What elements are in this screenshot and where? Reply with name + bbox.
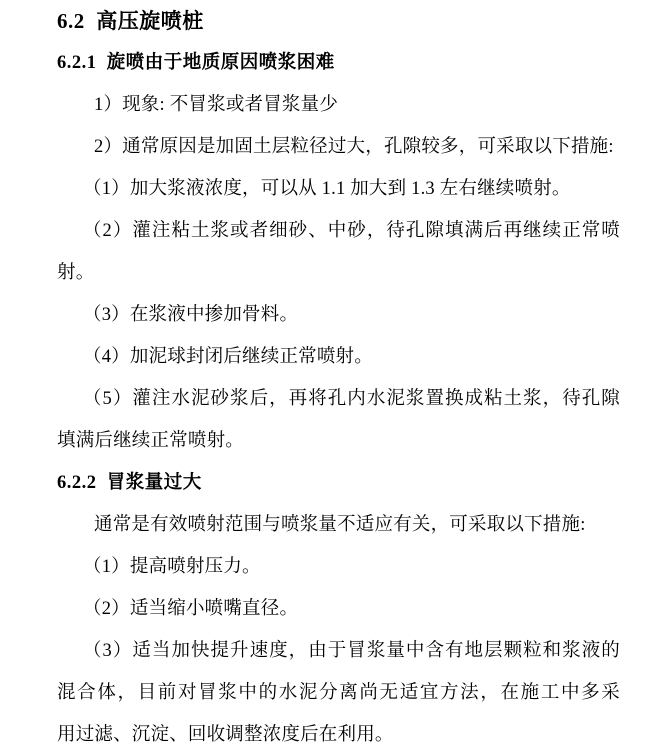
paragraph-overflow-measure-1: （1）提高喷射压力。 <box>57 546 620 588</box>
subsection-heading-6-2-1: 6.2.1 旋喷由于地质原因喷浆困难 <box>57 42 620 84</box>
document-page: 6.2 高压旋喷桩6.2.1 旋喷由于地质原因喷浆困难1）现象: 不冒浆或者冒浆… <box>0 0 672 756</box>
paragraph-line: 1）现象: 不冒浆或者冒浆量少 <box>57 84 620 126</box>
paragraph-overflow-measure-2: （2）适当缩小喷嘴直径。 <box>57 588 620 630</box>
paragraph-line: 混合体，目前对冒浆中的水泥分离尚无适宜方法，在施工中多采 <box>57 672 620 714</box>
paragraph-line: （2）灌注粘土浆或者细砂、中砂，待孔隙填满后再继续正常喷 <box>57 210 620 252</box>
paragraph-phenomenon: 1）现象: 不冒浆或者冒浆量少 <box>57 84 620 126</box>
paragraph-measure-5: （5）灌注水泥砂浆后，再将孔内水泥浆置换成粘土浆，待孔隙填满后继续正常喷射。 <box>57 378 620 462</box>
heading-line: 6.2.2 冒浆量过大 <box>57 462 620 504</box>
paragraph-overflow-measure-3: （3）适当加快提升速度，由于冒浆量中含有地层颗粒和浆液的混合体，目前对冒浆中的水… <box>57 630 620 756</box>
paragraph-measure-4: （4）加泥球封闭后继续正常喷射。 <box>57 336 620 378</box>
paragraph-line: （3）适当加快提升速度，由于冒浆量中含有地层颗粒和浆液的 <box>57 630 620 672</box>
paragraph-line: （2）适当缩小喷嘴直径。 <box>57 588 620 630</box>
paragraph-line: （3）在浆液中掺加骨料。 <box>57 294 620 336</box>
paragraph-cause: 2）通常原因是加固土层粒径过大，孔隙较多，可采取以下措施: <box>57 126 620 168</box>
heading-line: 6.2.1 旋喷由于地质原因喷浆困难 <box>57 42 620 84</box>
paragraph-line: （1）加大浆液浓度，可以从 1.1 加大到 1.3 左右继续喷射。 <box>57 168 620 210</box>
paragraph-measure-3: （3）在浆液中掺加骨料。 <box>57 294 620 336</box>
subsection-heading-6-2-2: 6.2.2 冒浆量过大 <box>57 462 620 504</box>
paragraph-line: （5）灌注水泥砂浆后，再将孔内水泥浆置换成粘土浆，待孔隙 <box>57 378 620 420</box>
section-heading-6-2: 6.2 高压旋喷桩 <box>57 0 620 42</box>
paragraph-overflow-intro: 通常是有效喷射范围与喷浆量不适应有关，可采取以下措施: <box>57 504 620 546</box>
paragraph-line: 射。 <box>57 252 620 294</box>
paragraph-line: （1）提高喷射压力。 <box>57 546 620 588</box>
paragraph-measure-1: （1）加大浆液浓度，可以从 1.1 加大到 1.3 左右继续喷射。 <box>57 168 620 210</box>
paragraph-line: 填满后继续正常喷射。 <box>57 420 620 462</box>
paragraph-line: （4）加泥球封闭后继续正常喷射。 <box>57 336 620 378</box>
paragraph-line: 通常是有效喷射范围与喷浆量不适应有关，可采取以下措施: <box>57 504 620 546</box>
paragraph-measure-2: （2）灌注粘土浆或者细砂、中砂，待孔隙填满后再继续正常喷射。 <box>57 210 620 294</box>
paragraph-line: 用过滤、沉淀、回收调整浓度后在利用。 <box>57 714 620 756</box>
heading-line: 6.2 高压旋喷桩 <box>57 0 620 42</box>
paragraph-line: 2）通常原因是加固土层粒径过大，孔隙较多，可采取以下措施: <box>57 126 620 168</box>
